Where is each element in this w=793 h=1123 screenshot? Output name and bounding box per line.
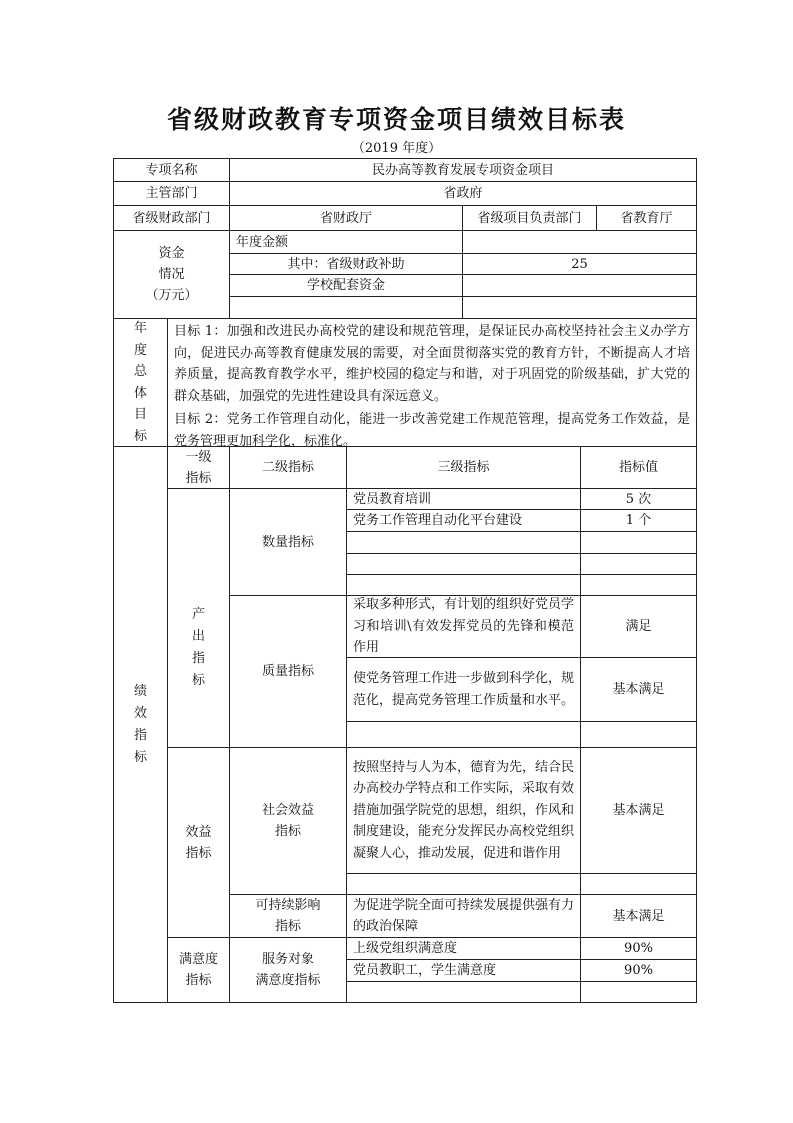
quality-row-indicator: 使党务管理工作进一步做到科学化，规范化，提高党务管理工作质量和水平。 xyxy=(346,657,581,722)
quantity-row-value xyxy=(580,553,697,575)
project-name-label: 专项名称 xyxy=(113,158,230,182)
funding-row-value xyxy=(462,296,697,319)
funding-row-label: 学校配套资金 xyxy=(229,274,463,297)
year-subtitle: （2019 年度） xyxy=(0,137,793,156)
satisfaction-row-value: 90% xyxy=(580,959,697,982)
service-satisfaction-line2: 满意度指标 xyxy=(255,970,320,991)
annual-goal-label-char: 度 xyxy=(134,340,147,362)
responsible-dept-label: 省级项目负责部门 xyxy=(462,205,597,231)
annual-goal-label-char: 目 xyxy=(134,404,147,426)
output-label-char: 指 xyxy=(192,648,205,670)
quantity-indicator-label: 数量指标 xyxy=(229,488,347,596)
performance-label-char: 绩 xyxy=(134,681,147,703)
quantity-row-indicator xyxy=(346,553,581,575)
authority-value: 省政府 xyxy=(229,181,697,206)
quantity-row-value xyxy=(580,574,697,596)
satisfaction-label-line1: 满意度 xyxy=(179,949,218,970)
service-satisfaction-label: 服务对象 满意度指标 xyxy=(229,937,347,1003)
quantity-row-indicator: 党员教育培训 xyxy=(346,488,581,510)
output-label-char: 出 xyxy=(192,626,205,648)
satisfaction-row-indicator xyxy=(346,981,581,1003)
funding-label-line2: 情况 xyxy=(158,264,184,285)
sustainable-label-line1: 可持续影响 xyxy=(255,895,320,916)
satisfaction-row-value: 90% xyxy=(580,937,697,960)
sustainable-impact-label: 可持续影响 指标 xyxy=(229,894,347,938)
satisfaction-row-indicator: 党员教职工，学生满意度 xyxy=(346,959,581,982)
goal-1-text: 目标 1：加强和改进民办高校党的建设和规范管理，是保证民办高校坚持社会主义办学方… xyxy=(168,319,696,409)
social-benefit-label-line2: 指标 xyxy=(275,821,301,842)
funding-row-value: 25 xyxy=(462,253,697,275)
benefit-indicator-label: 效益 指标 xyxy=(167,747,230,938)
finance-dept-value: 省财政厅 xyxy=(229,205,463,231)
social-row-indicator xyxy=(346,873,581,895)
social-benefit-label-line1: 社会效益 xyxy=(262,800,314,821)
sustainable-row-indicator: 为促进学院全面可持续发展提供强有力的政治保障 xyxy=(346,894,581,938)
social-row-value xyxy=(580,873,697,895)
quantity-row-value xyxy=(580,531,697,554)
annual-goal-label-char: 体 xyxy=(134,383,147,405)
quantity-row-value: 1 个 xyxy=(580,509,697,532)
benefit-label-line1: 效益 xyxy=(185,822,211,843)
funding-row-label xyxy=(229,296,463,319)
header-value: 指标值 xyxy=(580,446,697,489)
header-level2: 二级指标 xyxy=(229,446,347,489)
quantity-row-value: 5 次 xyxy=(580,488,697,510)
header-level1-line1: 一级 xyxy=(185,447,211,468)
annual-goal-label: 年 度 总 体 目 标 xyxy=(113,318,168,447)
quality-row-indicator xyxy=(346,721,581,748)
benefit-label-line2: 指标 xyxy=(185,843,211,864)
performance-label-char: 标 xyxy=(134,747,147,769)
performance-label-char: 指 xyxy=(134,725,147,747)
social-row-indicator: 按照坚持与人为本，德育为先，结合民办高校办学特点和工作实际，采取有效措施加强学院… xyxy=(346,747,581,874)
finance-dept-label: 省级财政部门 xyxy=(113,205,230,231)
satisfaction-label-line2: 指标 xyxy=(185,970,211,991)
annual-goal-label-char: 总 xyxy=(134,361,147,383)
funding-row-value xyxy=(462,230,697,254)
output-label-char: 标 xyxy=(192,670,205,692)
responsible-dept-value: 省教育厅 xyxy=(596,205,697,231)
funding-label-line1: 资金 xyxy=(158,243,184,264)
output-indicator-label: 产 出 指 标 xyxy=(167,488,230,748)
annual-goal-text: 目标 1：加强和改进民办高校党的建设和规范管理，是保证民办高校坚持社会主义办学方… xyxy=(167,318,697,447)
funding-row-label: 其中：省级财政补助 xyxy=(229,253,463,275)
quality-row-value: 基本满足 xyxy=(580,657,697,722)
funding-row-value xyxy=(462,274,697,297)
quantity-row-indicator xyxy=(346,531,581,554)
header-level1-line2: 指标 xyxy=(185,468,211,489)
funding-label: 资金 情况 （万元） xyxy=(113,230,230,319)
output-label-char: 产 xyxy=(192,604,205,626)
performance-label-char: 效 xyxy=(134,703,147,725)
social-row-value: 基本满足 xyxy=(580,747,697,874)
performance-label: 绩 效 指 标 xyxy=(113,446,168,1003)
satisfaction-row-indicator: 上级党组织满意度 xyxy=(346,937,581,960)
satisfaction-indicator-label: 满意度 指标 xyxy=(167,937,230,1003)
funding-label-line3: （万元） xyxy=(145,285,197,306)
satisfaction-row-value xyxy=(580,981,697,1003)
service-satisfaction-line1: 服务对象 xyxy=(262,949,314,970)
quality-row-value: 满足 xyxy=(580,595,697,658)
header-level1: 一级 指标 xyxy=(167,446,230,489)
annual-goal-label-char: 年 xyxy=(134,318,147,340)
page-title: 省级财政教育专项资金项目绩效目标表 xyxy=(0,100,793,136)
funding-row-label: 年度金额 xyxy=(229,230,463,254)
quality-row-value xyxy=(580,721,697,748)
quality-indicator-label: 质量指标 xyxy=(229,595,347,748)
annual-goal-label-char: 标 xyxy=(134,426,147,448)
sustainable-label-line2: 指标 xyxy=(275,916,301,937)
quantity-row-indicator: 党务工作管理自动化平台建设 xyxy=(346,509,581,532)
header-level3: 三级指标 xyxy=(346,446,581,489)
social-benefit-label: 社会效益 指标 xyxy=(229,747,347,895)
quantity-row-indicator xyxy=(346,574,581,596)
sustainable-row-value: 基本满足 xyxy=(580,894,697,938)
quality-row-indicator: 采取多种形式，有计划的组织好党员学习和培训\有效发挥党员的先锋和模范作用 xyxy=(346,595,581,658)
authority-label: 主管部门 xyxy=(113,181,230,206)
project-name-value: 民办高等教育发展专项资金项目 xyxy=(229,158,697,182)
